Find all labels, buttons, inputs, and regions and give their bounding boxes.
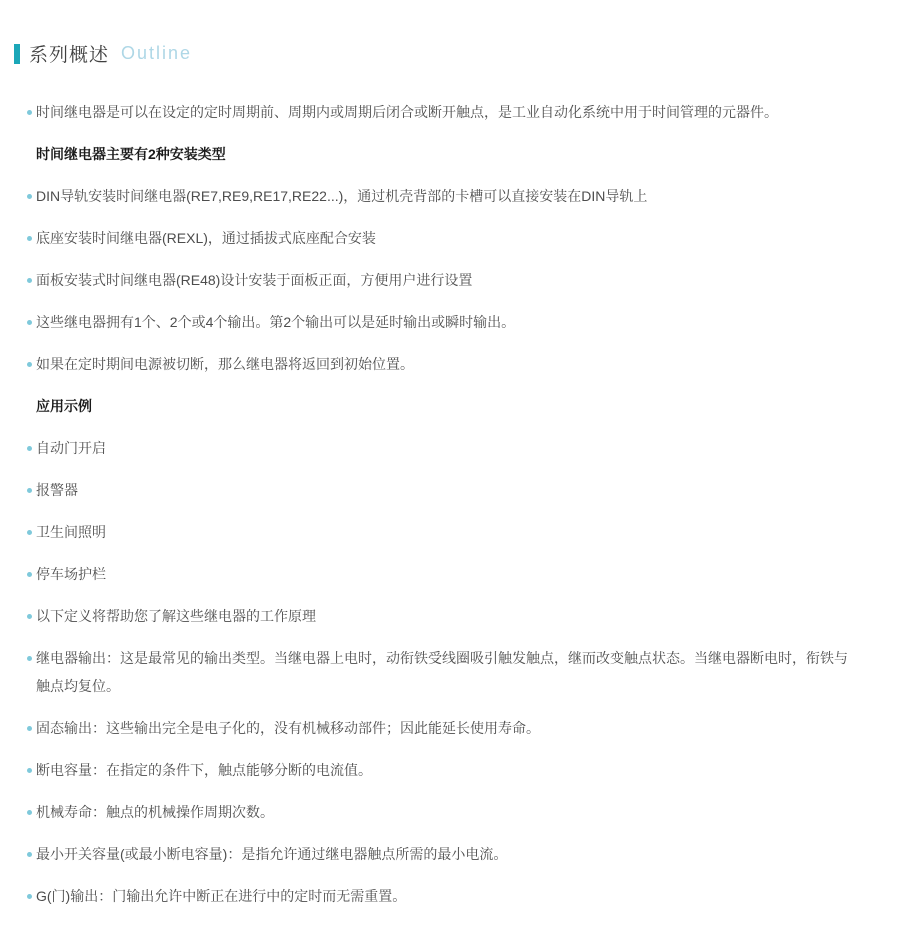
page-subtitle: Outline xyxy=(121,43,192,64)
list-item-text: DIN导轨安装时间继电器(RE7,RE9,RE17,RE22...)，通过机壳背… xyxy=(36,188,647,204)
page-header: 系列概述 Outline xyxy=(0,0,900,67)
bullet-icon xyxy=(27,488,32,493)
list-item-text: 报警器 xyxy=(36,482,78,498)
bullet-icon xyxy=(27,894,32,899)
list-item: 固态输出：这些输出完全是电子化的，没有机械移动部件；因此能延长使用寿命。 xyxy=(27,714,852,742)
bullet-icon xyxy=(27,530,32,535)
list-item-text: 这些继电器拥有1个、2个或4个输出。第2个输出可以是延时输出或瞬时输出。 xyxy=(36,314,515,330)
list-item-text: G(门)输出：门输出允许中断正在进行中的定时而无需重置。 xyxy=(36,888,406,904)
list-item: 时间继电器是可以在设定的定时周期前、周期内或周期后闭合或断开触点，是工业自动化系… xyxy=(27,98,852,126)
section-heading-mount-types: 时间继电器主要有2种安装类型 xyxy=(36,140,852,168)
list-item: 卫生间照明 xyxy=(27,518,852,546)
section-heading-application-examples: 应用示例 xyxy=(36,392,852,420)
list-item-text: 自动门开启 xyxy=(36,440,106,456)
bullet-icon xyxy=(27,852,32,857)
accent-bar-icon xyxy=(14,44,20,64)
list-item: 底座安装时间继电器(REXL)，通过插拔式底座配合安装 xyxy=(27,224,852,252)
content-list: 时间继电器是可以在设定的定时周期前、周期内或周期后闭合或断开触点，是工业自动化系… xyxy=(0,67,900,910)
list-item: 继电器输出：这是最常见的输出类型。当继电器上电时，动衔铁受线圈吸引触发触点，继而… xyxy=(27,644,852,700)
list-item-text: 固态输出：这些输出完全是电子化的，没有机械移动部件；因此能延长使用寿命。 xyxy=(36,720,540,736)
list-item: DIN导轨安装时间继电器(RE7,RE9,RE17,RE22...)，通过机壳背… xyxy=(27,182,852,210)
list-item-text: 面板安装式时间继电器(RE48)设计安装于面板正面，方便用户进行设置 xyxy=(36,272,472,288)
list-item-text: 底座安装时间继电器(REXL)，通过插拔式底座配合安装 xyxy=(36,230,376,246)
list-item: 如果在定时期间电源被切断，那么继电器将返回到初始位置。 xyxy=(27,350,852,378)
bullet-icon xyxy=(27,656,32,661)
bullet-icon xyxy=(27,320,32,325)
list-item-text: 以下定义将帮助您了解这些继电器的工作原理 xyxy=(36,608,316,624)
list-item-text: 继电器输出：这是最常见的输出类型。当继电器上电时，动衔铁受线圈吸引触发触点，继而… xyxy=(36,650,848,694)
bullet-icon xyxy=(27,810,32,815)
list-item: 报警器 xyxy=(27,476,852,504)
bullet-icon xyxy=(27,362,32,367)
list-item-text: 最小开关容量(或最小断电容量)：是指允许通过继电器触点所需的最小电流。 xyxy=(36,846,507,862)
bullet-icon xyxy=(27,446,32,451)
bullet-icon xyxy=(27,110,32,115)
list-item: 自动门开启 xyxy=(27,434,852,462)
list-item: 停车场护栏 xyxy=(27,560,852,588)
bullet-icon xyxy=(27,614,32,619)
list-item-text: 断电容量：在指定的条件下，触点能够分断的电流值。 xyxy=(36,762,372,778)
list-item: 以下定义将帮助您了解这些继电器的工作原理 xyxy=(27,602,852,630)
list-item: G(门)输出：门输出允许中断正在进行中的定时而无需重置。 xyxy=(27,882,852,910)
page-title: 系列概述 xyxy=(29,40,109,67)
list-item: 断电容量：在指定的条件下，触点能够分断的电流值。 xyxy=(27,756,852,784)
bullet-icon xyxy=(27,236,32,241)
list-item-text: 卫生间照明 xyxy=(36,524,106,540)
list-item-text: 时间继电器是可以在设定的定时周期前、周期内或周期后闭合或断开触点，是工业自动化系… xyxy=(36,104,778,120)
list-item: 这些继电器拥有1个、2个或4个输出。第2个输出可以是延时输出或瞬时输出。 xyxy=(27,308,852,336)
bullet-icon xyxy=(27,572,32,577)
bullet-icon xyxy=(27,278,32,283)
list-item: 面板安装式时间继电器(RE48)设计安装于面板正面，方便用户进行设置 xyxy=(27,266,852,294)
page: 系列概述 Outline 时间继电器是可以在设定的定时周期前、周期内或周期后闭合… xyxy=(0,0,900,943)
list-item: 机械寿命：触点的机械操作周期次数。 xyxy=(27,798,852,826)
list-item-text: 如果在定时期间电源被切断，那么继电器将返回到初始位置。 xyxy=(36,356,414,372)
list-item: 最小开关容量(或最小断电容量)：是指允许通过继电器触点所需的最小电流。 xyxy=(27,840,852,868)
bullet-icon xyxy=(27,726,32,731)
bullet-icon xyxy=(27,768,32,773)
bullet-icon xyxy=(27,194,32,199)
list-item-text: 机械寿命：触点的机械操作周期次数。 xyxy=(36,804,274,820)
list-item-text: 停车场护栏 xyxy=(36,566,106,582)
